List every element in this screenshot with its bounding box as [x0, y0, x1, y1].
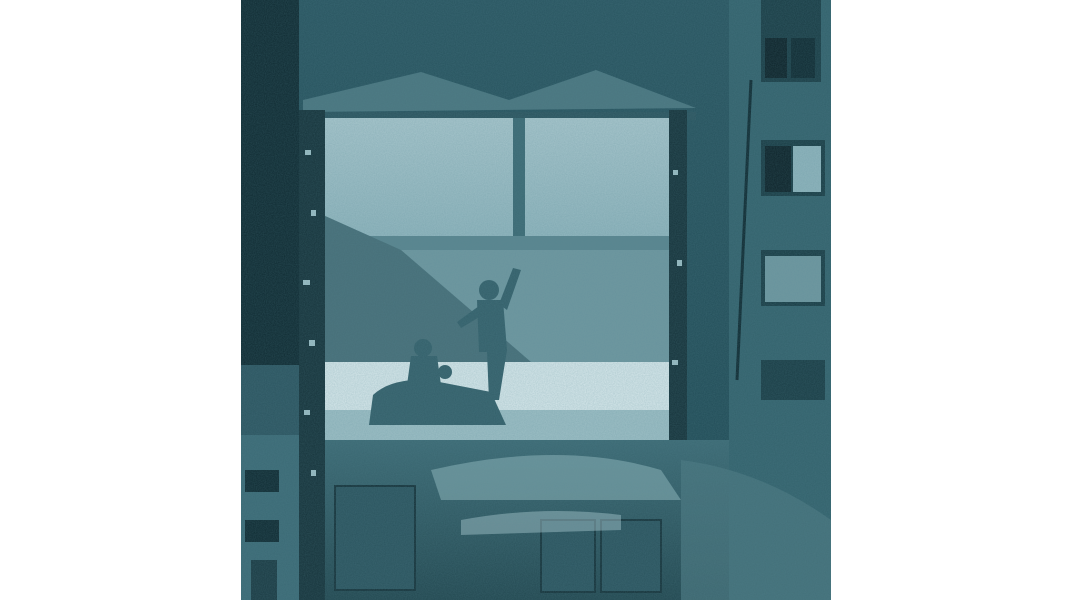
photo-scene	[241, 0, 831, 600]
photograph	[241, 0, 831, 600]
